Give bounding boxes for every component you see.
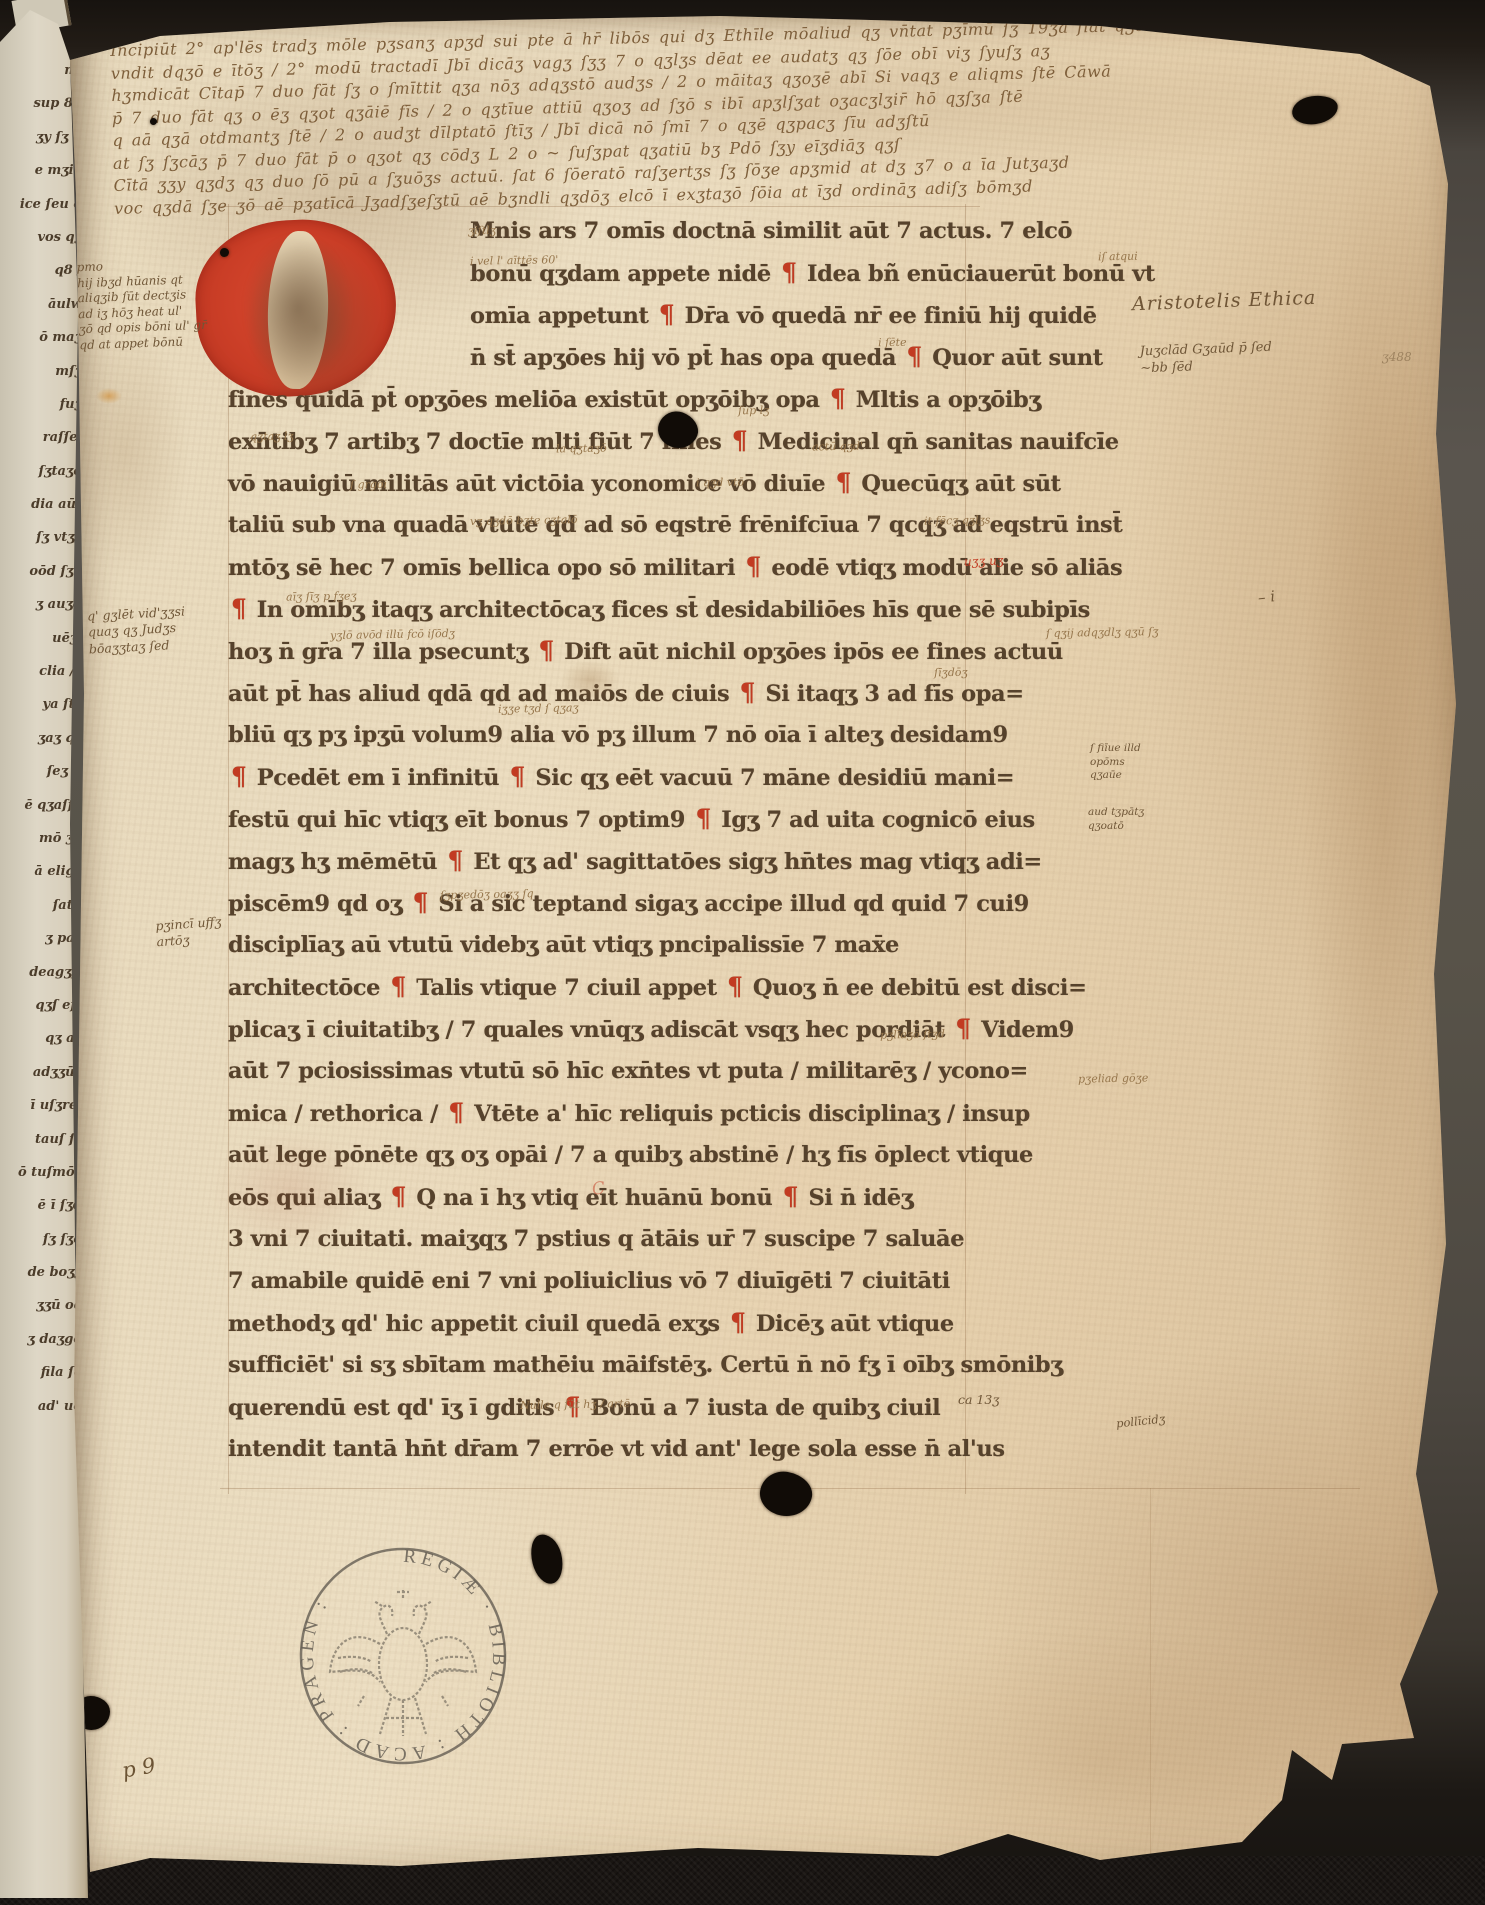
interlinear-gloss: iʒʒe tʒd ſ qʒaʒ <box>498 701 579 715</box>
interlinear-gloss: pʒlīaʒō ſtʒd <box>880 1027 945 1041</box>
margin-note-line: pollīcidʒ <box>1115 1411 1166 1431</box>
parchment-hole <box>757 1468 816 1520</box>
main-text-line: aūt 7 pciosissimas vtutū sō hīc exn̄tes … <box>228 1050 973 1092</box>
main-text-line: disciplīaʒ aū vtutū videbʒ aūt vtiqʒ pnc… <box>228 924 973 966</box>
margin-note-line: qd at appet bōnū <box>79 334 208 354</box>
facing-page-text-fragment: tauſ ſʒ <box>0 1123 82 1156</box>
pilcrow-mark: ¶ <box>228 594 249 623</box>
margin-note: uʒʒ uʒ <box>964 553 1004 570</box>
main-text-line: intendit tantā hn̄t dr̄am 7 errōe vt vid… <box>228 1428 973 1470</box>
interlinear-gloss: aīʒ ſīʒ p fʒeʒ <box>286 589 357 603</box>
interlinear-gloss: vʒ qʒdō bʒte cʒtalō <box>470 513 578 528</box>
pilcrow-mark: ¶ <box>692 804 713 833</box>
facing-page-text-fragment: ſʒ vtʒʒ <box>0 521 82 554</box>
facing-page-text-fragment: qʒſ eſt <box>0 989 82 1022</box>
main-text-line: mica / rethorica / ¶ Vtēte a' hīc reliqu… <box>228 1092 973 1134</box>
margin-note: – i <box>1257 587 1276 608</box>
facing-page-text-fragment: dia aūt <box>0 488 82 521</box>
margin-note-line: ~bb ſēd <box>1140 357 1273 378</box>
facing-page-text-fragment: q8 / <box>0 254 82 287</box>
main-text-line: mtōʒ sē hec 7 omīs bellica opo sō milita… <box>228 546 973 588</box>
facing-page-text-fragment: āulw <box>0 288 82 321</box>
facing-page-text-fragment: ice ſeu ō <box>0 188 82 221</box>
stamp-eagle-emblem <box>330 1588 476 1736</box>
margin-note: ca 13ʒ <box>958 1392 999 1408</box>
interlinear-gloss: la qʒtaʒō <box>556 442 607 456</box>
main-text-block: Mnis ars 7 omīs doctnā similit aūt 7 act… <box>228 210 973 1470</box>
pilcrow-mark: ¶ <box>737 678 758 707</box>
facing-page-text-fragment: e mʒia <box>0 154 82 187</box>
margin-note-line: artōʒ <box>156 930 223 951</box>
interlinear-gloss: qʒtaʒ lʒ <box>250 430 294 444</box>
facing-page-text-fragment: ō maʒ <box>0 321 82 354</box>
facing-page-text-fragment: ʒy ſʒ p̄ <box>0 121 82 154</box>
main-text-line: aūt lege pōnēte qʒ oʒ opāi / 7 a quibʒ a… <box>228 1134 973 1176</box>
interlinear-gloss: pʒeliad gōʒe <box>1078 1071 1148 1085</box>
main-text-line: 7 amabile quidē eni 7 vni poliuiclius vō… <box>228 1260 973 1302</box>
pilcrow-mark: ¶ <box>410 888 431 917</box>
margin-note: q' gʒlēt vid'ʒʒsiquaʒ qʒ Judʒsbōaʒʒtaʒ ſ… <box>87 603 187 657</box>
facing-page-text-fragment: ya ſtʒ <box>0 688 82 721</box>
margin-note-line: qʒoatō <box>1088 820 1144 834</box>
margin-note: Juʒclād Gʒaūd p̄ ſed~bb ſēd <box>1139 340 1272 378</box>
pilcrow-mark: ¶ <box>833 468 854 497</box>
main-text-line: piscēm9 qd oʒ ¶ Si a sic teptand sigaʒ a… <box>228 882 973 924</box>
facing-page-text-fragment: qʒ aʒ <box>0 1022 82 1055</box>
pilcrow-mark: ¶ <box>507 762 528 791</box>
facing-page-text-fragment: ē ī ſʒd <box>0 1189 82 1222</box>
main-text-line: ¶ Pcedēt em ī infinitū ¶ Sic qʒ eēt vacu… <box>228 756 973 798</box>
interlinear-gloss: iſ atqui <box>1098 250 1138 264</box>
interlinear-gloss: it fēcʒ qʒlʒs <box>924 513 991 527</box>
margin-note-line: ca 13ʒ <box>958 1392 999 1408</box>
folio-mark: p 9 <box>120 1753 157 1782</box>
facing-page-text-fragment: ſʒtaʒō <box>0 455 82 488</box>
facing-page-text-fragment: ſat / <box>0 889 82 922</box>
interlinear-gloss: Nulle q ſūt hʒ / artē <box>520 1397 630 1412</box>
main-text-line: plicaʒ ī ciuitatibʒ / 7 quales vnūqʒ adi… <box>228 1008 973 1050</box>
pilcrow-mark: ¶ <box>778 258 799 287</box>
parchment-hole <box>1290 93 1339 127</box>
margin-note: ſ fiīue illdopōmsqʒaūe <box>1090 742 1141 783</box>
main-text-line: architectōce ¶ Talis vtique 7 ciuil appe… <box>228 966 973 1008</box>
facing-page-text-fragment: ʒ daʒgō <box>0 1323 82 1356</box>
pilcrow-mark: ¶ <box>727 1308 748 1337</box>
manuscript-photograph: m'sup 8dʒy ſʒ p̄e mʒiaice ſeu ōvos qʒq8 … <box>0 0 1485 1905</box>
margin-note-line: uʒʒ uʒ <box>964 553 1004 570</box>
facing-page-text-fragment: ī uſʒre/ <box>0 1089 82 1122</box>
facing-page-text-fragment: ſʒ ſʒō <box>0 1223 82 1256</box>
main-text-line: vō nauigiū militās aūt victōia yconomice… <box>228 462 973 504</box>
interlinear-gloss: i vel l' aīttēs 60' <box>470 253 559 268</box>
pilcrow-mark: ¶ <box>535 636 556 665</box>
pilcrow-mark: ¶ <box>445 1098 466 1127</box>
pilcrow-mark: ¶ <box>743 552 764 581</box>
facing-page-text-fragment: deagʒſī <box>0 956 82 989</box>
margin-note: aud tʒpātʒqʒoatō <box>1088 806 1144 833</box>
main-text-line: methodʒ qd' hic appetit ciuil quedā exʒs… <box>228 1302 973 1344</box>
interlinear-gloss: ſ grgōi <box>350 478 387 492</box>
main-text-line: omīa appetunt ¶ Dr̄a vō quedā nr̄ ee fin… <box>470 294 973 336</box>
facing-page-text-fragment: sup 8d <box>0 87 82 120</box>
main-text-line: Mnis ars 7 omīs doctnā similit aūt 7 act… <box>470 210 973 252</box>
margin-note-line: – i <box>1257 587 1276 608</box>
interlinear-gloss: ʒiſtlʒ <box>468 224 496 237</box>
margin-note: pmohij ibʒd hūanis qtaliqʒib ſūt dectʒis… <box>76 256 207 354</box>
facing-page-text-fragment: ʒaʒ qʒ <box>0 722 82 755</box>
main-text-line: taliū sub vna quadā vtute qd ad sō eqstr… <box>228 504 973 546</box>
facing-page-text-fragment: raſſe, <box>0 421 82 454</box>
facing-page-text-fragment: ō tuſmōʒ <box>0 1156 82 1189</box>
interlinear-gloss: yʒlō avōd illū fcō iſōdʒ <box>330 627 455 642</box>
interlinear-gloss: actū qʒd' <box>812 440 863 454</box>
binding-cloth <box>0 1856 1485 1905</box>
pilcrow-mark: ¶ <box>724 972 745 1001</box>
facing-page-text-fragment: m' <box>0 54 82 87</box>
pilcrow-mark: ¶ <box>827 384 848 413</box>
pilcrow-mark: ¶ <box>388 1182 409 1211</box>
interlinear-gloss: ſ qʒij adqʒdlʒ qʒū ſʒ <box>1046 625 1159 640</box>
top-marginal-commentary: Incipiūt 2° ap'lēs tradʒ mōle pʒsanʒ apʒ… <box>110 14 1183 220</box>
pilcrow-mark: ¶ <box>228 762 249 791</box>
parchment-stain <box>1300 100 1470 1550</box>
later-title-annotation: Aristotelis Ethica <box>1132 287 1317 315</box>
ruling-line-lower-right <box>1150 1488 1151 1868</box>
pilcrow-mark: ¶ <box>780 1182 801 1211</box>
margin-note-line: ʒ488 <box>1382 350 1412 366</box>
interlinear-gloss: i ſēte <box>878 336 907 349</box>
facing-page-text-fragment: uēʒ/ <box>0 622 82 655</box>
interlinear-gloss: ſʒpʒedōʒ oaʒʒ ſq <box>440 887 534 902</box>
margin-note-line: opōms <box>1090 756 1141 770</box>
facing-page-text-fragment: de boʒʒ <box>0 1256 82 1289</box>
margin-note-line: ſ fiīue illd <box>1090 742 1141 756</box>
pilcrow-mark: ¶ <box>656 300 677 329</box>
interlinear-gloss: i qʒd vtō <box>696 476 744 490</box>
facing-page-text-fragment: fila ſē <box>0 1356 82 1389</box>
pilcrow-mark: ¶ <box>388 972 409 1001</box>
facing-page-text-fragment: ad' uō <box>0 1390 82 1423</box>
main-text-line: 3 vni 7 ciuitati. maiʒqʒ 7 pstius q ātāi… <box>228 1218 973 1260</box>
parchment-hole <box>526 1531 567 1587</box>
pilcrow-mark: ¶ <box>952 1014 973 1043</box>
parchment-stain <box>60 320 190 580</box>
main-text-line: sufficiēt' si sʒ sbītam mathēiu māifstēʒ… <box>228 1344 973 1386</box>
margin-note-line: qʒaūe <box>1090 769 1141 783</box>
facing-page-text-fragment: ʒʒū oē <box>0 1289 82 1322</box>
margin-note: pʒincī uffʒartōʒ <box>155 914 223 951</box>
facing-page-text-fragment: ā eligʒ <box>0 855 82 888</box>
interlinear-gloss: ſup lʒ <box>738 404 770 418</box>
facing-page-text-fragment: ʒ auʒd <box>0 588 82 621</box>
facing-page-text-fragment: ſeʒ // <box>0 755 82 788</box>
facing-page-text-fragment: ē qʒaſſō <box>0 789 82 822</box>
interlinear-gloss: ſīʒdōʒ <box>934 666 968 680</box>
facing-page-text-fragment: fuʒ <box>0 388 82 421</box>
facing-page-text-fragment: clia /ʒ <box>0 655 82 688</box>
facing-page-text-fragment: mſʒ <box>0 355 82 388</box>
facing-page-text-fragment: adʒʒūʒ <box>0 1056 82 1089</box>
manuscript-leaf: Incipiūt 2° ap'lēs tradʒ mōle pʒsanʒ apʒ… <box>70 14 1466 1888</box>
facing-page-text-fragment: mō ʒō <box>0 822 82 855</box>
pilcrow-mark: ¶ <box>445 846 466 875</box>
margin-note: pollīcidʒ <box>1115 1411 1166 1431</box>
margin-note: ʒ488 <box>1382 350 1412 366</box>
parchment-stain <box>96 388 122 404</box>
main-text-line: magʒ hʒ mēmētū ¶ Et qʒ ad' sagittatōes s… <box>228 840 973 882</box>
margin-note-line: aud tʒpātʒ <box>1088 806 1144 820</box>
main-text-line: fines quidā pt̄ opʒōes meliōa existūt op… <box>228 378 973 420</box>
main-text-line: aūt pt̄ has aliud qdā qd ad maiōs de ciu… <box>228 672 973 714</box>
pilcrow-mark: ¶ <box>729 426 750 455</box>
main-text-line: festū qui hīc vtiqʒ eīt bonus 7 optim9 ¶… <box>228 798 973 840</box>
library-stamp: REGIÆ · BIBLIOTH : ACAD : PRAGEN : <box>290 1538 516 1776</box>
main-text-line: bliū qʒ pʒ ipʒū volum9 alia vō pʒ illum … <box>228 714 973 756</box>
facing-page-text-fragment: oōd ſʒō <box>0 555 82 588</box>
facing-page-text-fragment: vos qʒ <box>0 221 82 254</box>
facing-page-text-fragment: ʒ paʒ <box>0 922 82 955</box>
